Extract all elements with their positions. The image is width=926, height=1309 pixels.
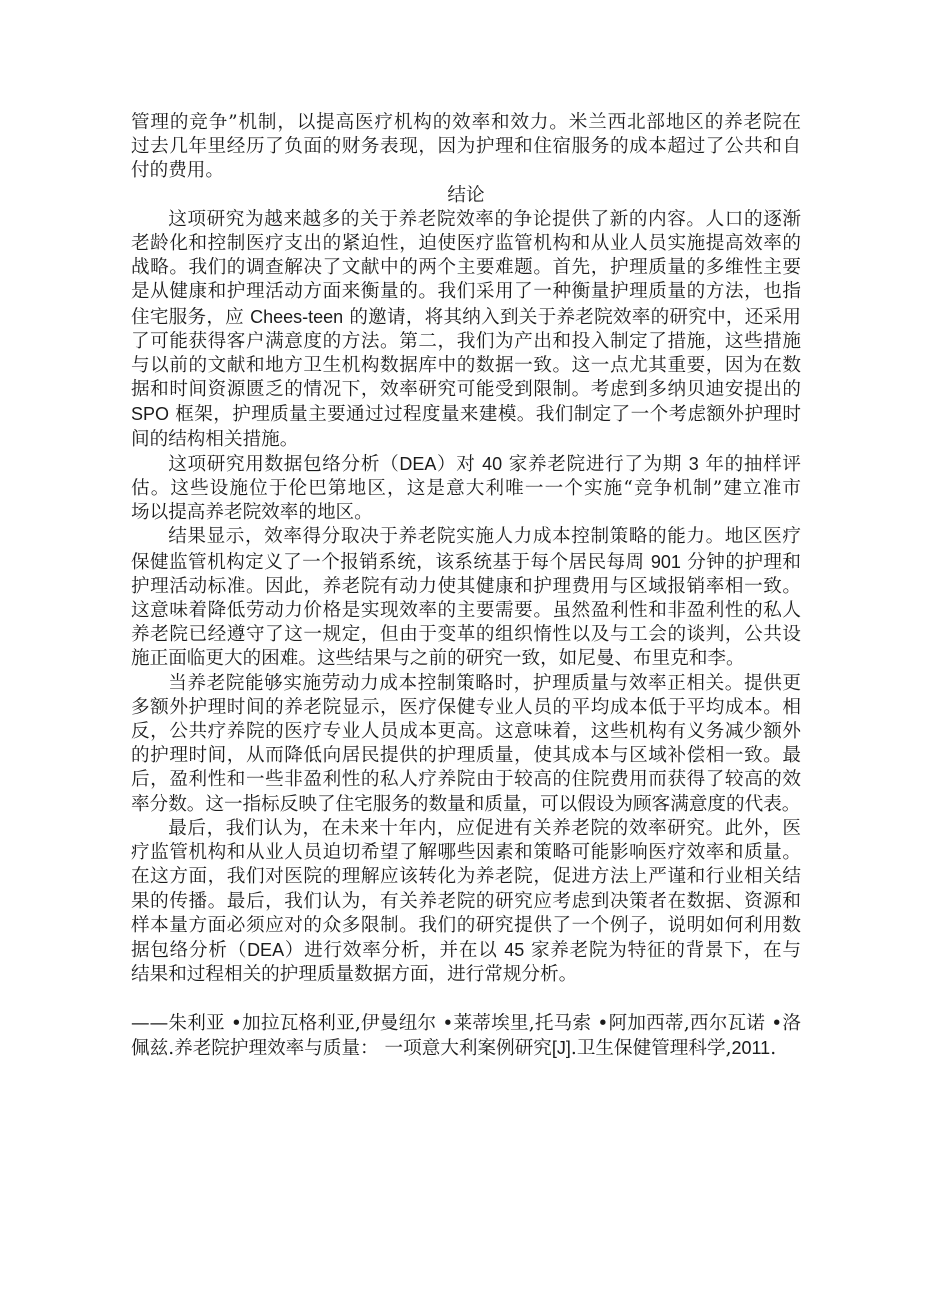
text-line: 据和时间资源匮乏的情况下，效率研究可能受到限制。考虑到多纳贝迪安提出的 xyxy=(131,378,801,402)
text-line: 率分数。这一指标反映了住宅服务的数量和质量，可以假设为顾客满意度的代表。 xyxy=(131,793,801,817)
heading-text: 结论 xyxy=(131,184,801,208)
text-line: 保健监管机构定义了一个报销系统，该系统基于每个居民每周 901 分钟的护理和 xyxy=(131,550,801,575)
text-line: 据包络分析（DEA）进行效率分析，并在以 45 家养老院为特征的背景下，在与 xyxy=(131,938,801,963)
text-line: 老龄化和控制医疗支出的紧迫性，迫使医疗监管机构和从业人员实施提高效率的 xyxy=(131,232,801,256)
text-line: 反，公共疗养院的医疗专业人员成本更高。这意味着，这些机构有义务减少额外 xyxy=(131,720,801,744)
body-paragraph-4: 当养老院能够实施劳动力成本控制策略时，护理质量与效率正相关。提供更多额外护理时间… xyxy=(131,672,801,817)
text-line: 住宅服务，应 Chees-teen 的邀请，将其纳入到关于养老院效率的研究中，还… xyxy=(131,305,801,330)
body-paragraph-5: 最后，我们认为，在未来十年内，应促进有关养老院的效率研究。此外，医疗监管机构和从… xyxy=(131,817,801,987)
text-line: 场以提高养老院效率的地区。 xyxy=(131,501,801,525)
latin-text: DEA xyxy=(399,454,436,474)
latin-text: 901 xyxy=(651,552,681,572)
continuation-paragraph: 管理的竞争”机制，以提高医疗机构的效率和效力。米兰西北部地区的养老院在过去几年里… xyxy=(131,111,801,184)
text-line: 施正面临更大的困难。这些结果与之前的研究一致，如尼曼、布里克和李。 xyxy=(131,647,801,671)
text-line: 了可能获得客户满意度的方法。第二，我们为产出和投入制定了措施，这些措施 xyxy=(131,330,801,354)
text-line: 在这方面，我们对医院的理解应该转化为养老院，促进方法上严谨和行业相关结 xyxy=(131,865,801,889)
text-line: 结果和过程相关的护理质量数据方面，进行常规分析。 xyxy=(131,963,801,987)
blank-line xyxy=(131,987,801,1011)
text-line: 这意味着降低劳动力价格是实现效率的主要需要。虽然盈利性和非盈利性的私人 xyxy=(131,599,801,623)
text-line: SPO 框架，护理质量主要通过过程度量来建模。我们制定了一个考虑额外护理时 xyxy=(131,402,801,427)
latin-text: SPO xyxy=(131,404,169,424)
text-line: 付的费用。 xyxy=(131,159,801,183)
text-line: 与以前的文献和地方卫生机构数据库中的数据一致。这一点尤其重要，因为在数 xyxy=(131,354,801,378)
text-line: 果的传播。最后，我们认为，有关养老院的研究应考虑到决策者在数据、资源和 xyxy=(131,890,801,914)
text-line: 过去几年里经历了负面的财务表现，因为护理和住宿服务的成本超过了公共和自 xyxy=(131,135,801,159)
document-content: 管理的竞争”机制，以提高医疗机构的效率和效力。米兰西北部地区的养老院在过去几年里… xyxy=(131,111,801,1061)
text-line: 管理的竞争”机制，以提高医疗机构的效率和效力。米兰西北部地区的养老院在 xyxy=(131,111,801,135)
text-line: 最后，我们认为，在未来十年内，应促进有关养老院的效率研究。此外，医 xyxy=(131,817,801,841)
body-paragraph-1: 这项研究为越来越多的关于养老院效率的争论提供了新的内容。人口的逐渐老龄化和控制医… xyxy=(131,208,801,452)
text-line: 结果显示，效率得分取决于养老院实施人力成本控制策略的能力。地区医疗 xyxy=(131,525,801,549)
latin-text: 2011 xyxy=(731,1038,770,1058)
text-line: 养老院已经遵守了这一规定，但由于变革的组织惰性以及与工会的谈判，公共设 xyxy=(131,623,801,647)
text-line: 疗监管机构和从业人员迫切希望了解哪些因素和策略可能影响医疗效率和质量。 xyxy=(131,841,801,865)
text-line: 当养老院能够实施劳动力成本控制策略时，护理质量与效率正相关。提供更 xyxy=(131,672,801,696)
document-page: 管理的竞争”机制，以提高医疗机构的效率和效力。米兰西北部地区的养老院在过去几年里… xyxy=(0,0,926,1309)
text-line: 估。这些设施位于伦巴第地区，这是意大利唯一一个实施“竞争机制”建立准市 xyxy=(131,477,801,501)
text-line: 是从健康和护理活动方面来衡量的。我们采用了一种衡量护理质量的方法，也指 xyxy=(131,280,801,304)
body-paragraph-3: 结果显示，效率得分取决于养老院实施人力成本控制策略的能力。地区医疗保健监管机构定… xyxy=(131,525,801,671)
citation-paragraph: ——朱利亚 •加拉瓦格利亚,伊曼纽尔 •莱蒂埃里,托马索 •阿加西蒂,西尔瓦诺 … xyxy=(131,1012,801,1061)
body-paragraph-2: 这项研究用数据包络分析（DEA）对 40 家养老院进行了为期 3 年的抽样评估。… xyxy=(131,452,801,526)
text-line: 样本量方面必须应对的众多限制。我们的研究提供了一个例子，说明如何利用数 xyxy=(131,914,801,938)
latin-text: 45 xyxy=(504,940,524,960)
latin-text: Chees-teen xyxy=(250,307,343,327)
text-line: 佩兹.养老院护理效率与质量： 一项意大利案例研究[J].卫生保健管理科学,201… xyxy=(131,1036,801,1061)
text-line: 这项研究为越来越多的关于养老院效率的争论提供了新的内容。人口的逐渐 xyxy=(131,208,801,232)
latin-text: 3 xyxy=(689,454,699,474)
text-line: 的护理时间，从而降低向居民提供的护理质量，使其成本与区域补偿相一致。最 xyxy=(131,744,801,768)
latin-text: 40 xyxy=(482,454,502,474)
text-line: 护理活动标准。因此，养老院有动力使其健康和护理费用与区域报销率相一致。 xyxy=(131,575,801,599)
text-line: 战略。我们的调查解决了文献中的两个主要难题。首先，护理质量的多维性主要 xyxy=(131,256,801,280)
text-line: ——朱利亚 •加拉瓦格利亚,伊曼纽尔 •莱蒂埃里,托马索 •阿加西蒂,西尔瓦诺 … xyxy=(131,1012,801,1036)
text-line xyxy=(131,987,801,1011)
latin-text: DEA xyxy=(247,940,284,960)
text-line: 后，盈利性和一些非盈利性的私人疗养院由于较高的住院费用而获得了较高的效 xyxy=(131,768,801,792)
text-line: 多额外护理时间的养老院显示，医疗保健专业人员的平均成本低于平均成本。相 xyxy=(131,696,801,720)
text-line: 间的结构相关措施。 xyxy=(131,428,801,452)
latin-text: [J] xyxy=(552,1038,571,1058)
section-heading: 结论 xyxy=(131,184,801,208)
text-line: 这项研究用数据包络分析（DEA）对 40 家养老院进行了为期 3 年的抽样评 xyxy=(131,452,801,477)
